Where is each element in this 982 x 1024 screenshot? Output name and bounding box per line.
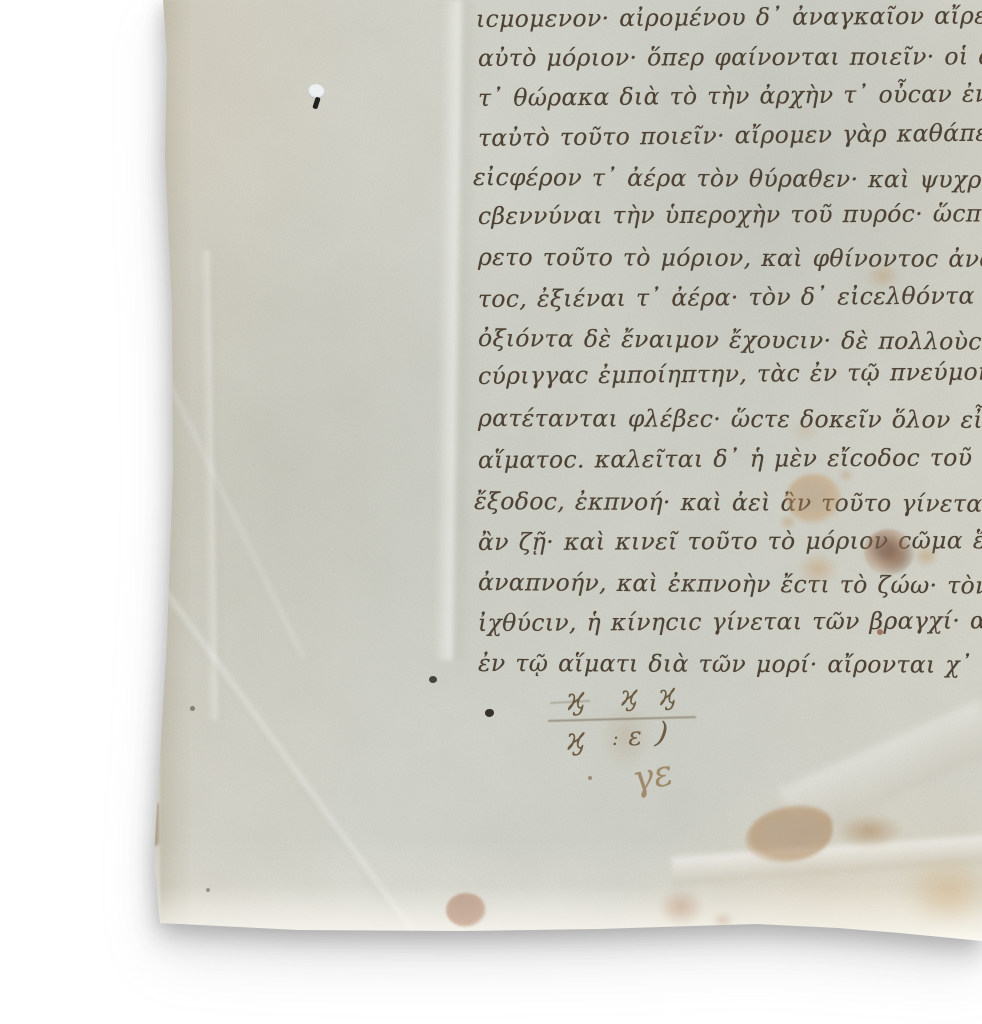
text-line: ἰχθύϲιν, ἡ κίνηϲιϲ γίνεται τῶν βραγχί· α… [478, 606, 982, 637]
parchment-leaf: ιϲμομενον· αἰρομένου δ᾽ ἀναγκαῖον αἴρεϲθ… [0, 0, 982, 1024]
text-line: αἵματοϲ. καλεῖται δ᾽ ἡ μὲν εἴϲοδοϲ τοῦ ἀ… [478, 443, 982, 474]
text-line: ρατέτανται φλέβεϲ· ὥϲτε δοκεῖν ὅλον εἶνα… [478, 404, 982, 434]
dark-speck [429, 676, 437, 683]
ink-dot [588, 776, 592, 780]
text-line: ἀναπνοήν, καὶ ἐκπνοὴν ἔϲτι τὸ ζώω· τὸν α… [478, 568, 982, 600]
parchment-hole [308, 84, 325, 99]
marginal-mark: ϗ [619, 678, 639, 712]
text-line: ἂν ζῇ· καὶ κινεῖ τοῦτο τὸ μόριον ϲῶμα ἕω… [478, 526, 982, 556]
text-line: ϲβεννύναι τὴν ὑπεροχὴν τοῦ πυρόϲ· ὥϲπερ … [478, 199, 982, 230]
marginal-flourish: γε [628, 752, 676, 801]
text-line: αὐτὸ μόριον· ὅπερ φαίνονται ποιεῖν· οἱ ἀ… [478, 42, 982, 72]
text-line: ἐν τῷ αἵματι διὰ τῶν μορί· αἴρονται χ᾽ τ… [478, 649, 982, 679]
marginal-mark: ε [627, 722, 643, 753]
vertical-crease [433, 0, 478, 660]
text-line: ϲύριγγαϲ ἐμποίηπτην, τὰϲ ἐν τῷ πνεύμονι·… [478, 357, 982, 390]
hole-dark-mark [312, 97, 320, 110]
text-line: τ᾽ θώρακα διὰ τὸ τὴν ἀρχὴν τ᾽ οὖϲαν ἐν α… [478, 79, 982, 112]
text-line: ὀξιόντα δὲ ἔναιμον ἔχουϲιν· δὲ πολλοὺϲ γ… [478, 324, 982, 356]
bottom-wrinkle-highlight [671, 835, 982, 885]
stain [836, 814, 902, 848]
vertical-crease-faint [200, 250, 224, 720]
marginal-mark: ϗ [564, 721, 586, 758]
text-line: ταὐτὸ τοῦτο ποιεῖν· αἴρομεν γὰρ καθάπερ … [478, 118, 982, 152]
left-edge-grime [160, 0, 192, 932]
text-line: τοϲ, ἐξιέναι τ᾽ ἀέρα· τὸν δ᾽ εἰϲελθόντα … [478, 281, 982, 313]
text-line: εἰϲφέρον τ᾽ ἀέρα τὸν θύραθεν· καὶ ψυχρὸν… [473, 163, 982, 194]
text-line: ιϲμομενον· αἰρομένου δ᾽ ἀναγκαῖον αἴρεϲθ… [476, 1, 982, 33]
text-line: ρετο τοῦτο τὸ μόριον, καὶ φθίνοντοϲ ἀναγ… [478, 243, 982, 273]
greek-text-block: ιϲμομενον· αἰρομένου δ᾽ ἀναγκαῖον αἴρεϲθ… [478, 0, 982, 710]
corner-wrinkle-highlight [778, 700, 982, 840]
manuscript-photograph: ιϲμομενον· αἰρομένου δ᾽ ἀναγκαῖον αἴρεϲθ… [0, 0, 982, 1024]
edge-fragment [151, 802, 159, 846]
stain-large [742, 802, 835, 867]
dark-speck [485, 709, 494, 717]
parchment-surface: ιϲμομενον· αἰρομένου δ᾽ ἀναγκαῖον αἴρεϲθ… [0, 0, 982, 1024]
bottom-edge-highlight [150, 886, 982, 942]
text-line: ἔξοδοϲ, ἐκπνοή· καὶ ἀεὶ ἂν τοῦτο γίνεται… [474, 487, 982, 518]
marginal-mark: : [612, 726, 619, 750]
marginal-mark: ) [654, 715, 670, 751]
